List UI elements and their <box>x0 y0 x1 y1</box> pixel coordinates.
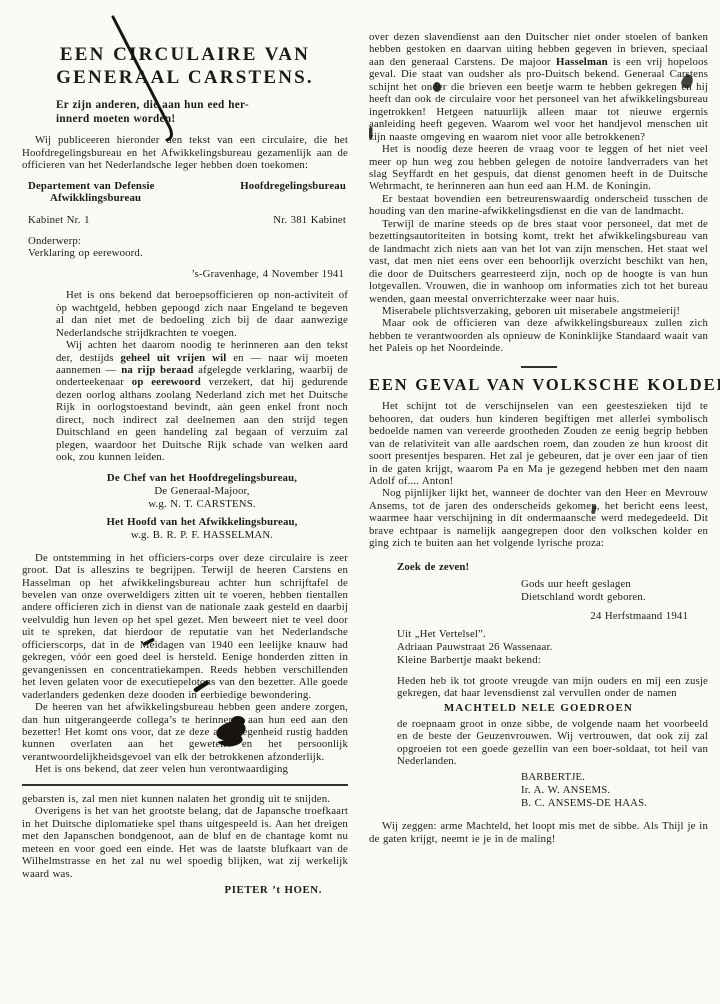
newspaper-page: EEN CIRCULAIRE VAN GENERAAL CARSTENS. Er… <box>0 0 720 1004</box>
article2-headline: EEN GEVAL VAN VOLKSCHE KOLDER: <box>369 379 708 391</box>
article1-headline: EEN CIRCULAIRE VAN GENERAAL CARSTENS. <box>22 44 348 89</box>
article2-paragraph-1: Het schijnt tot de verschijnselen van ee… <box>369 400 708 487</box>
letter-body: Het is ons bekend dat beroepsofficieren … <box>56 289 348 463</box>
subject-value: Verklaring op eerewoord. <box>28 247 346 259</box>
signature-chef-title: De Chef van het Hoofdregelingsbureau, <box>56 472 348 485</box>
signature-ansems-de-haas: B. C. ANSEMS-DE HAAS. <box>521 797 708 810</box>
article2-closing: Wij zeggen: arme Machteld, het loopt mis… <box>369 820 708 845</box>
headline-line1: EEN CIRCULAIRE VAN <box>60 44 310 65</box>
announcement-signatures: BARBERTJE. Ir. A. W. ANSEMS. B. C. ANSEM… <box>521 771 708 811</box>
footnote-paragraph-1: gebarsten is, zal men niet kunnen nalate… <box>22 793 348 805</box>
headline-line2: GENERAAL CARSTENS. <box>56 67 314 88</box>
birth-announcement: Heden heb ik tot groote vreugde van mijn… <box>397 675 708 700</box>
signature-chef-rank: De Generaal-Majoor, <box>56 485 348 498</box>
continuation-paragraph-5: Miserabele plichtsverzaking, geboren uit… <box>369 305 708 317</box>
announcement-continuation: de roepnaam groot in onze sibbe, de volg… <box>397 718 708 768</box>
verse-line2: Dietschland wordt geboren. <box>521 591 708 604</box>
right-column: over dezen slavendienst aan den Duitsche… <box>369 31 708 845</box>
article-separator-rule <box>521 366 557 368</box>
article1-paragraph-3: De ontstemming in het officiers-corps ov… <box>22 552 348 701</box>
letterhead: Departement van Defensie Hoofdregelingsb… <box>28 180 346 281</box>
continuation-paragraph-1: over dezen slavendienst aan den Duitsche… <box>369 31 708 143</box>
baby-name: MACHTELD NELE GOEDROEN <box>369 702 708 714</box>
letter-paragraph-2: Wij achten het daarom noodig te herinner… <box>56 339 348 464</box>
signature-block: De Chef van het Hoofdregelingsbureau, De… <box>56 472 348 543</box>
signature-hoofd-title: Het Hoofd van het Afwikkelingsbureau, <box>56 516 348 529</box>
signature-carstens: w.g. N. T. CARSTENS. <box>56 498 348 511</box>
column-divider-rule <box>22 784 348 786</box>
continuation-paragraph-6: Maar ook de officieren van deze afwikkel… <box>369 317 708 354</box>
letterhead-department: Departement van Defensie <box>28 180 155 192</box>
dateline: ’s-Gravenhage, 4 November 1941 <box>28 268 344 280</box>
footnote-paragraph-2: Overigens is het van het grootste belang… <box>22 805 348 880</box>
article1-paragraph-5: Het is ons bekend, dat zeer velen hun ve… <box>22 763 348 775</box>
article1-intro: Wij publiceeren hieronder den tekst van … <box>22 134 348 171</box>
continuation-paragraph-3: Er bestaat bovendien een betreurenswaard… <box>369 193 708 218</box>
subject-label: Onderwerp: <box>28 235 346 247</box>
article2-paragraph-2: Nog pijnlijker lijkt het, wanneer de doc… <box>369 487 708 549</box>
letter-paragraph-1: Het is ons bekend dat beroepsofficieren … <box>56 289 348 339</box>
signature-hasselman: w.g. B. R. P. F. HASSELMAN. <box>56 529 348 542</box>
continuation-paragraph-4: Terwijl de marine steeds op de bres staa… <box>369 218 708 305</box>
signature-barbertje: BARBERTJE. <box>521 771 708 784</box>
signature-ansems: Ir. A. W. ANSEMS. <box>521 784 708 797</box>
zoek-de-zeven-label: Zoek de zeven! <box>397 561 708 573</box>
source-line3: Kleine Barbertje maakt bekend: <box>397 654 708 667</box>
article1-subhead: Er zijn anderen, die aan hun eed her- in… <box>56 99 328 126</box>
continuation-paragraph-2: Het is noodig deze heeren de vraag voor … <box>369 143 708 193</box>
source-line2: Adriaan Pauwstraat 26 Wassenaar. <box>397 641 708 654</box>
source-block: Uit „Het Vertelsel”. Adriaan Pauwstraat … <box>397 628 708 667</box>
kabinet-number-left: Kabinet Nr. 1 <box>28 214 90 226</box>
left-column: EEN CIRCULAIRE VAN GENERAAL CARSTENS. Er… <box>22 44 348 896</box>
author-byline: PIETER ’t HOEN. <box>22 884 322 896</box>
article1-paragraph-4: De heeren van het afwikkelingsbureau heb… <box>22 701 348 763</box>
letterhead-bureau: Hoofdregelingsbureau <box>240 180 346 192</box>
letterhead-department-line2: Afwikklingsbureau <box>50 192 346 204</box>
verse-date: 24 Herfstmaand 1941 <box>369 610 688 622</box>
verse-line1: Gods uur heeft geslagen <box>521 578 708 591</box>
verse-block: Gods uur heeft geslagen Dietschland word… <box>521 578 708 604</box>
source-line1: Uit „Het Vertelsel”. <box>397 628 708 641</box>
kabinet-number-right: Nr. 381 Kabinet <box>273 214 346 226</box>
